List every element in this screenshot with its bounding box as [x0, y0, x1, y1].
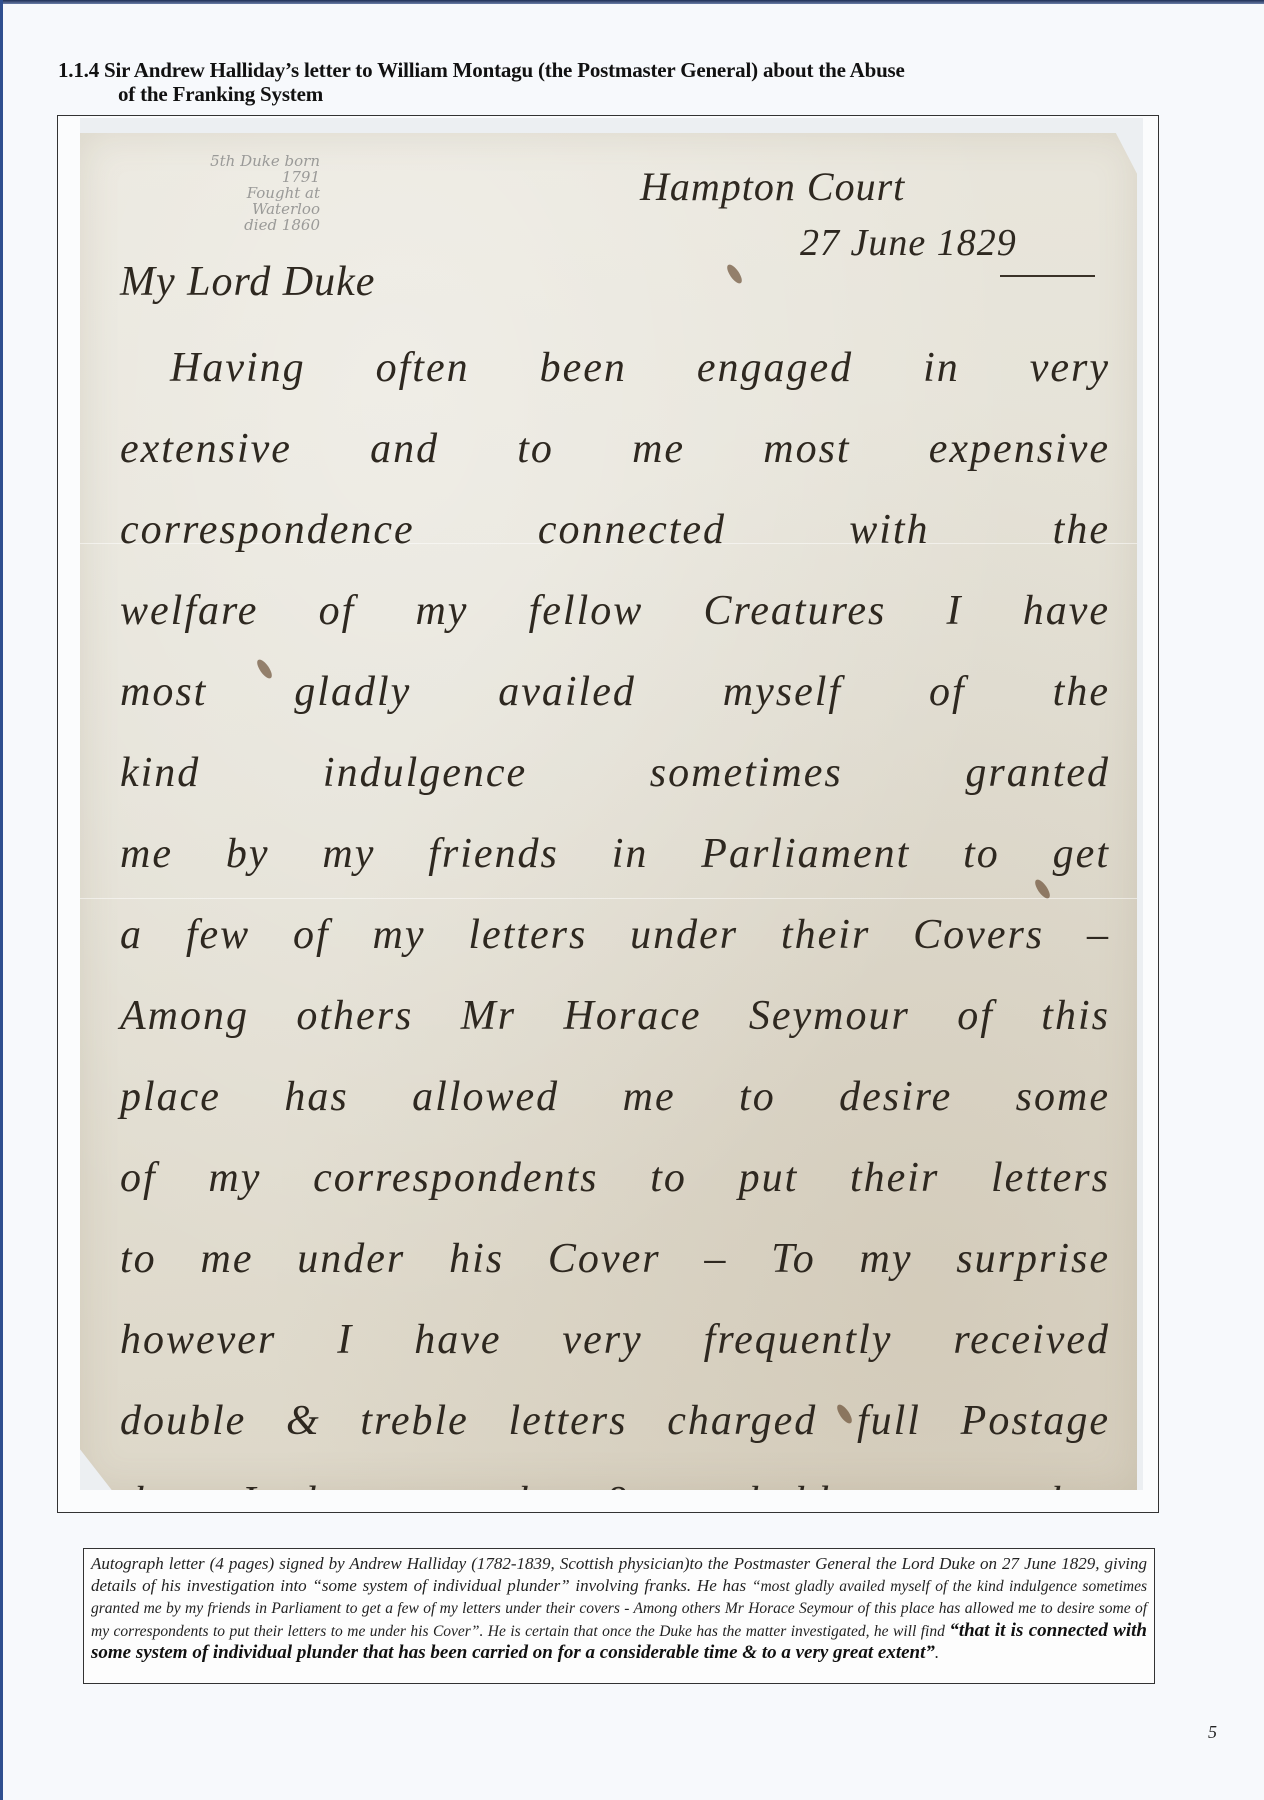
letter-line: a few of my letters under their Covers – — [120, 895, 1110, 976]
letter-body: Having often been engaged in very extens… — [120, 328, 1110, 1543]
letter-place: Hampton Court — [640, 163, 905, 210]
letter-line: Among others Mr Horace Seymour of this — [120, 976, 1110, 1057]
page-title: 1.1.4 Sir Andrew Halliday’s letter to Wi… — [58, 58, 1198, 106]
title-line-1: 1.1.4 Sir Andrew Halliday’s letter to Wi… — [58, 58, 905, 82]
pencil-line: died 1860 — [180, 217, 320, 233]
caption-end: . — [935, 1643, 939, 1662]
letter-line: of my correspondents to put their letter… — [120, 1138, 1110, 1219]
letter-line: however I have very frequently received — [120, 1300, 1110, 1381]
pencil-annotation: 5th Duke born 1791 Fought at Waterloo di… — [180, 153, 320, 233]
letter-line: welfare of my fellow Creatures I have — [120, 571, 1110, 652]
scan-edge-top — [0, 0, 1264, 4]
caption-box: Autograph letter (4 pages) signed by And… — [83, 1548, 1155, 1684]
ink-blot — [725, 262, 745, 285]
letter-line: most gladly availed myself of the — [120, 652, 1110, 733]
letter-salutation: My Lord Duke — [120, 258, 375, 306]
letter-line: correspondence connected with the — [120, 490, 1110, 571]
pencil-line: Fought at Waterloo — [180, 185, 320, 217]
letter-date: 27 June 1829 — [800, 221, 1017, 265]
date-underline — [1000, 275, 1095, 277]
letter-line: double & treble letters charged full Pos… — [120, 1381, 1110, 1462]
album-page-edge — [0, 0, 3, 1800]
pencil-line: 5th Duke born 1791 — [180, 153, 320, 185]
letter-line: to me under his Cover – To my surprise — [120, 1219, 1110, 1300]
page-number: 5 — [1208, 1722, 1217, 1743]
handwritten-letter: 5th Duke born 1791 Fought at Waterloo di… — [80, 133, 1137, 1490]
letter-line: place has allowed me to desire some — [120, 1057, 1110, 1138]
title-line-2: of the Franking System — [58, 82, 1198, 106]
letter-line: kind indulgence sometimes granted — [120, 733, 1110, 814]
letter-line: Having often been engaged in very — [120, 328, 1110, 409]
letter-line: me by my friends in Parliament to get — [120, 814, 1110, 895]
letter-line: extensive and to me most expensive — [120, 409, 1110, 490]
